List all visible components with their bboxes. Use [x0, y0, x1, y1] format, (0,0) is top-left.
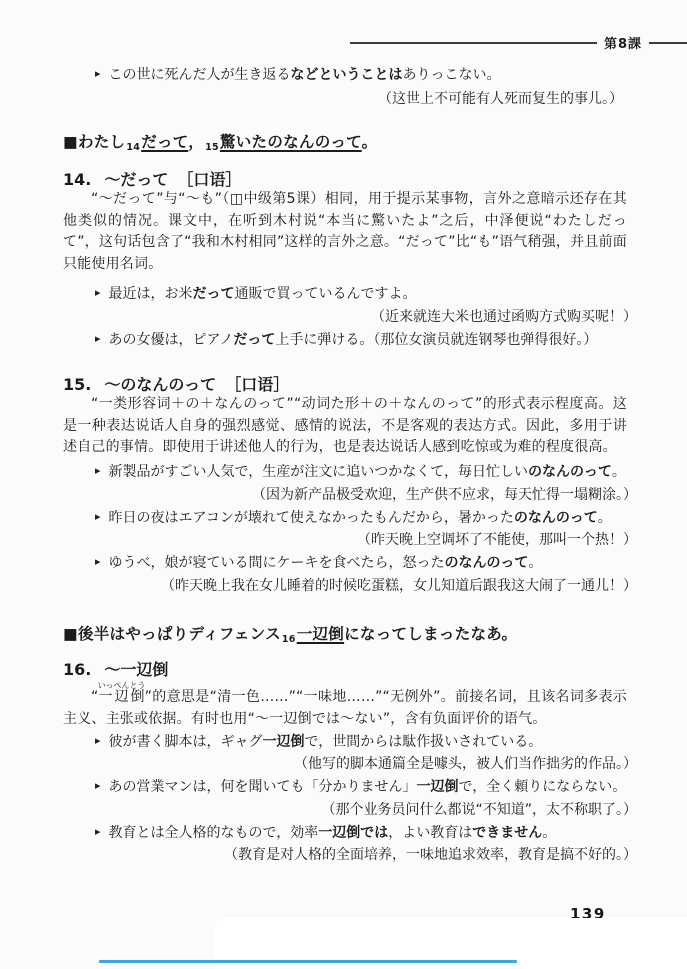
- example-item: ▸ゆうべ，娘が寝ている間にケーキを食べたら，怒ったのなんのって。: [63, 552, 639, 573]
- triangle-bullet-icon: ▸: [95, 779, 101, 792]
- triangle-bullet-icon: ▸: [95, 464, 101, 477]
- triangle-bullet-icon: ▸: [95, 286, 101, 299]
- grammar-phrase-heading-16: ■後半はやっぱりディフェンス16一辺倒になってしまったなあ。: [63, 622, 639, 645]
- section-title: ～だって: [104, 170, 168, 189]
- example-item: ▸昨日の夜はエアコンが壊れて使えなかったもんだから，暑かったのなんのって。: [63, 507, 639, 528]
- page-header: 第8課: [350, 33, 687, 52]
- page-number: 139: [570, 905, 606, 918]
- triangle-bullet-icon: ▸: [95, 67, 101, 80]
- example-sentence-jp: 新製品がすごい人気で，生産が注文に追いつかなくて，毎日忙しいのなんのって。: [109, 464, 626, 480]
- textbook-page: 第8課 ▸この世に死んだ人が生き返るなどということはありっこない。 （这世上不可…: [0, 0, 687, 969]
- triangle-bullet-icon: ▸: [95, 555, 101, 568]
- example-sentence-jp: 昨日の夜はエアコンが壊れて使えなかったもんだから，暑かったのなんのって。: [109, 510, 612, 526]
- section-title: ～一辺倒: [104, 660, 168, 679]
- example-item: ▸教育とは全人格的なもので，効率一辺倒では，よい教育はできません。: [63, 822, 639, 843]
- triangle-bullet-icon: ▸: [95, 332, 101, 345]
- grammar-phrase-heading-14-15: ■わたし14だって，15驚いたのなんのって。: [63, 130, 639, 153]
- triangle-bullet-icon: ▸: [95, 510, 101, 523]
- example-item: ▸この世に死んだ人が生き返るなどということはありっこない。: [63, 64, 639, 85]
- section-15-explanation: “一类形容词＋の＋なんのって”“动词た形＋の＋なんのって”的形式表示程度高。这是…: [63, 394, 639, 459]
- section-number: 14.: [63, 170, 91, 189]
- section-16-heading: 16.～一辺倒: [63, 657, 639, 680]
- header-rule-left: [350, 42, 597, 44]
- example-item: ▸あの女優は，ピアノだって上手に弾ける。（那位女演员就连钢琴也弹得很好。）: [63, 329, 639, 350]
- example-translation-cn: （昨天晚上空调坏了不能使，那叫一个热！）: [63, 529, 639, 549]
- book-icon: ◫: [230, 191, 243, 207]
- section-16-explanation: “一辺倒いっぺんとう”的意思是“清一色……”“一味地……”“无例外”。前接名词，…: [63, 681, 639, 730]
- example-sentence-jp: 最近は，お米だって通販で買っているんですよ。: [109, 286, 417, 302]
- example-sentence-jp: あの女優は，ピアノだって上手に弾ける。（那位女演员就连钢琴也弹得很好。）: [109, 332, 598, 348]
- example-item: ▸最近は，お米だって通販で買っているんですよ。: [63, 283, 639, 304]
- example-sentence-jp: 彼が書く脚本は，ギャグ一辺倒で，世間からは駄作扱いされている。: [109, 734, 543, 750]
- example-sentence-jp: あの営業マンは，何を聞いても「分かりません」一辺倒で，全く頼りにならない。: [109, 779, 627, 795]
- colloquial-tag: ［口语］: [225, 375, 289, 394]
- section-14-explanation: “～だって”与“～も”（◫中级第5课）相同，用于提示某事物，言外之意暗示还存在其…: [63, 189, 639, 275]
- section-number: 15.: [63, 375, 91, 394]
- example-sentence-jp: ゆうべ，娘が寝ている間にケーキを食べたら，怒ったのなんのって。: [109, 555, 543, 571]
- colloquial-tag: ［口语］: [177, 170, 241, 189]
- example-translation-cn: （教育是对人格的全面培养，一味地追求效率，教育是搞不好的。）: [63, 844, 639, 864]
- section-14-heading: 14.～だって［口语］: [63, 167, 639, 190]
- example-translation-cn: （因为新产品极受欢迎，生产供不应求，每天忙得一塌糊涂。）: [63, 484, 639, 504]
- example-item: ▸新製品がすごい人気で，生産が注文に追いつかなくて，毎日忙しいのなんのって。: [63, 461, 639, 482]
- section-number: 16.: [63, 660, 91, 679]
- example-translation-cn: （这世上不可能有人死而复生的事儿。）: [63, 88, 639, 108]
- header-rule-right: [649, 42, 687, 44]
- footer-blue-line: [99, 960, 517, 963]
- example-item: ▸彼が書く脚本は，ギャグ一辺倒で，世間からは駄作扱いされている。: [63, 731, 639, 752]
- section-15-heading: 15.～のなんのって［口语］: [63, 372, 639, 395]
- triangle-bullet-icon: ▸: [95, 825, 101, 838]
- page-number-text: 139: [570, 905, 606, 918]
- example-translation-cn: （他写的脚本通篇全是噱头，被人们当作拙劣的作品。）: [63, 753, 639, 773]
- example-sentence-jp: 教育とは全人格的なもので，効率一辺倒では，よい教育はできません。: [109, 825, 557, 841]
- section-title: ～のなんのって: [104, 375, 216, 394]
- example-translation-cn: （昨天晚上我在女儿睡着的时候吃蛋糕，女儿知道后跟我这大闹了一通儿！）: [63, 575, 639, 595]
- triangle-bullet-icon: ▸: [95, 734, 101, 747]
- lesson-label: 第8課: [604, 33, 642, 52]
- example-translation-cn: （近来就连大米也通过函购方式购买呢！）: [63, 306, 639, 326]
- example-item: ▸あの営業マンは，何を聞いても「分かりません」一辺倒で，全く頼りにならない。: [63, 776, 639, 797]
- example-translation-cn: （那个业务员问什么都说“不知道”，太不称职了。）: [63, 799, 639, 819]
- example-sentence-jp: この世に死んだ人が生き返るなどということはありっこない。: [109, 67, 501, 83]
